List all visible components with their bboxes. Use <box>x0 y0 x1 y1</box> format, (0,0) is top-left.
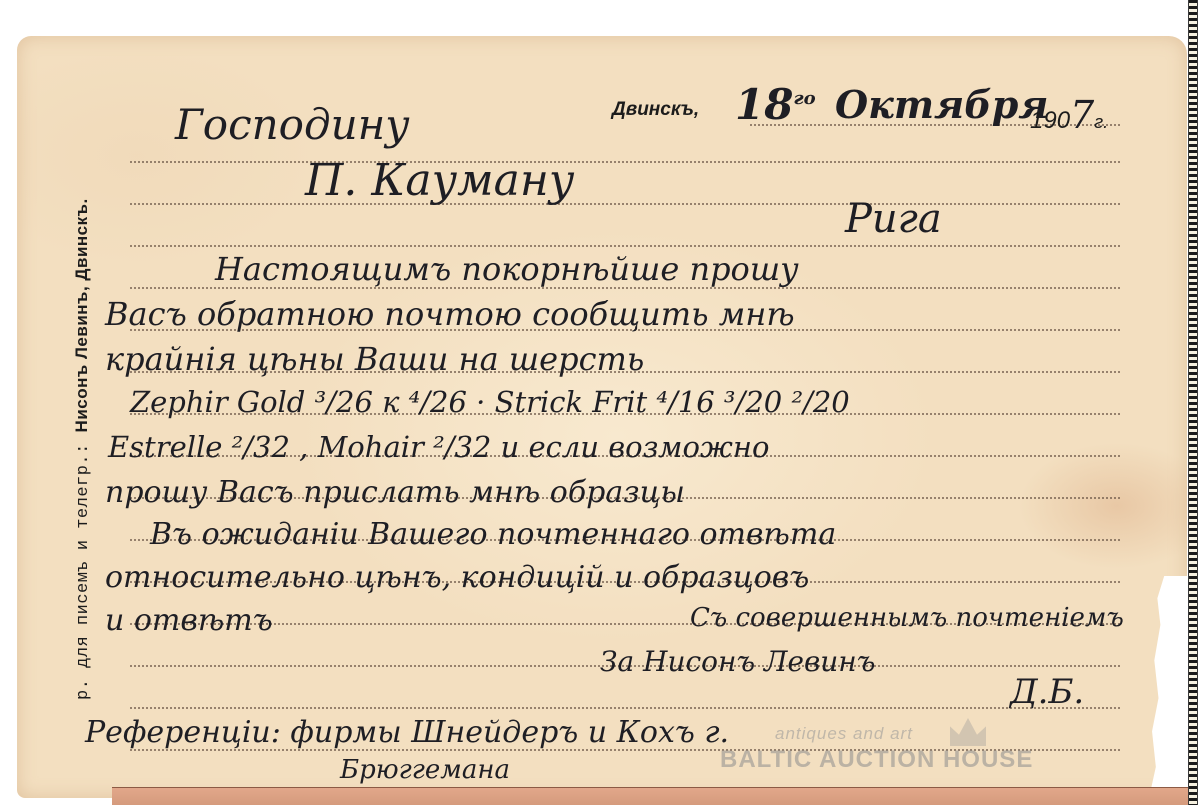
sender-imprint: р. для писемъ и телегр.: Нисонъ Левинъ, … <box>72 198 93 700</box>
printed-city: Двинскъ, <box>612 99 699 121</box>
body-line: Zephir Gold ³/26 к ⁴/26 · Strick Frit ⁴/… <box>130 385 850 419</box>
salutation: Господину <box>175 100 410 149</box>
watermark-tagline: antiques and art <box>775 724 913 744</box>
imprint-sender: Нисонъ Левинъ, Двинскъ. <box>72 198 91 432</box>
ruled-line <box>130 161 1120 163</box>
ruled-line <box>130 707 1120 709</box>
body-line: прошу Васъ прислать мнѣ образцы <box>105 475 685 510</box>
wood-background-edge <box>112 787 1190 805</box>
torn-edge <box>1149 576 1187 798</box>
body-line: Въ ожиданіи Вашего почтеннаго отвѣта <box>150 517 836 552</box>
date-year: 1907г. <box>1030 93 1108 137</box>
body-line: Estrelle ²/32 , Mohair ²/32 и если возмо… <box>108 430 769 464</box>
recipient-name: П. Кауману <box>305 155 574 206</box>
watermark-brand: BALTIC AUCTION HOUSE <box>720 746 1033 774</box>
imprint-prefix: р. для писемъ и телегр.: <box>74 443 93 700</box>
body-line: и отвѣтъ <box>105 603 273 638</box>
closing-signature: За Нисонъ Левинъ <box>600 645 875 678</box>
body-line: крайнія цѣны Ваши на шерсть <box>105 340 644 378</box>
date-month: Октября <box>835 82 1049 127</box>
closing-regards: Съ совершеннымъ почтеніемъ <box>690 603 1124 633</box>
body-line: Васъ обратною почтою сообщить мнѣ <box>105 295 795 333</box>
body-line: относительно цѣнъ, кондицій и образцовъ <box>105 560 809 595</box>
destination-city: Рига <box>845 196 942 242</box>
date-day: 18го <box>735 80 816 129</box>
footer-reference-cont: Брюггемана <box>340 755 510 785</box>
body-line: Настоящимъ покорнѣйше прошу <box>215 250 799 288</box>
ruler-scale <box>1188 0 1198 805</box>
ruled-line <box>130 245 1120 247</box>
footer-reference: Референціи: фирмы Шнейдеръ и Кохъ г. <box>85 715 729 750</box>
ruled-line <box>130 203 1120 205</box>
closing-initials: Д.Б. <box>1010 672 1084 712</box>
